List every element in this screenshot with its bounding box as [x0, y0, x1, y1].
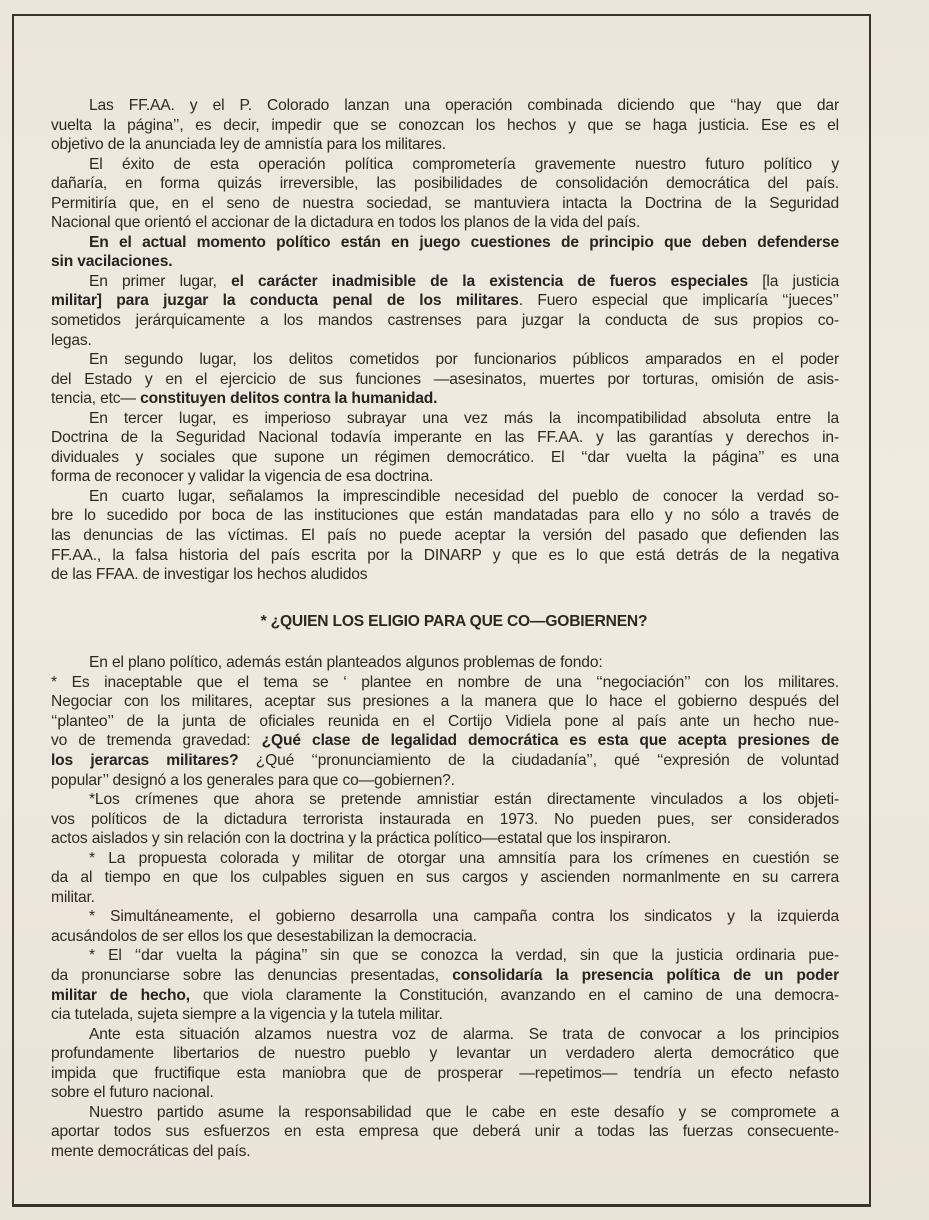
paragraph-second-point: En segundo lugar, los delitos cometidos …	[51, 350, 839, 409]
text-line: objetivo de la anunciada ley de amnistía…	[51, 135, 839, 155]
text-line: En tercer lugar, es imperioso subrayar u…	[51, 409, 839, 429]
text-line: ‘‘planteo’’ de la junta de oficiales reu…	[51, 712, 839, 732]
text-line: * Es inaceptable que el tema se ‘ plante…	[51, 673, 839, 693]
text-line: En el actual momento político están en j…	[51, 233, 839, 253]
paragraph-third-point: En tercer lugar, es imperioso subrayar u…	[51, 409, 839, 487]
text-line: * El ‘‘dar vuelta la página’’ sin que se…	[51, 946, 839, 966]
principle-statement: En el actual momento político están en j…	[51, 233, 839, 272]
text-line: militar.	[51, 888, 839, 908]
text-segment: da pronunciarse sobre las denuncias pres…	[51, 967, 452, 984]
text-line: militar] para juzgar la conducta penal d…	[51, 291, 839, 311]
text-line: En el plano político, además están plant…	[51, 653, 839, 673]
text-line: profundamente libertarios de nuestro pue…	[51, 1044, 839, 1064]
paragraph-closing-2: Nuestro partido asume la responsabilidad…	[51, 1103, 839, 1162]
text-line: cia tutelada, sujeta siempre a la vigenc…	[51, 1005, 839, 1025]
text-line: forma de reconocer y validar la vigencia…	[51, 467, 839, 487]
text-line: *Los crímenes que ahora se pretende amni…	[51, 790, 839, 810]
paragraph-first-point: En primer lugar, el carácter inadmisible…	[51, 272, 839, 350]
text-line: del Estado y en el ejercicio de sus func…	[51, 370, 839, 390]
text-line: vos políticos de la dictadura terrorista…	[51, 810, 839, 830]
bold-text: consolidaría la presencia política de un…	[452, 967, 839, 984]
text-line: los jerarcas militares? ¿Qué ‘‘pronuncia…	[51, 751, 839, 771]
text-segment: . Fuero especial que implicaría ‘‘jueces…	[519, 292, 839, 309]
text-line: legas.	[51, 331, 839, 351]
text-line: Permitiría que, en el seno de nuestra so…	[51, 194, 839, 214]
text-line: las denuncias de las víctimas. El país n…	[51, 526, 839, 546]
paragraph-political-plane: En el plano político, además están plant…	[51, 653, 839, 1024]
text-segment: En primer lugar,	[89, 273, 231, 290]
text-line: mente democráticas del país.	[51, 1142, 839, 1162]
text-line: Ante esta situación alzamos nuestra voz …	[51, 1025, 839, 1045]
text-line: popular’’ designó a los generales para q…	[51, 771, 839, 791]
bold-text: los jerarcas militares?	[51, 752, 238, 769]
bold-text: para juzgar la conducta penal de los mil…	[116, 292, 518, 309]
text-line: Nuestro partido asume la responsabilidad…	[51, 1103, 839, 1123]
text-line: impida que fructifique esta maniobra que…	[51, 1064, 839, 1084]
bold-text: constituyen delitos contra la humanidad.	[140, 390, 437, 407]
bold-text: el carácter inadmisible de la existencia…	[231, 273, 748, 290]
section-heading: * ¿QUIEN LOS ELIGIO PARA QUE CO—GOBIERNE…	[51, 612, 839, 632]
document-body: Las FF.AA. y el P. Colorado lanzan una o…	[51, 96, 839, 1161]
text-line: militar de hecho, que viola claramente l…	[51, 986, 839, 1006]
text-line: de las FFAA. de investigar los hechos al…	[51, 565, 839, 585]
text-line: da pronunciarse sobre las denuncias pres…	[51, 966, 839, 986]
text-line: sometidos jerárquicamente a los mandos c…	[51, 311, 839, 331]
paragraph-fourth-point: En cuarto lugar, señalamos la imprescind…	[51, 487, 839, 585]
bold-text: militar de hecho,	[51, 987, 190, 1004]
text-line: Nacional que orientó el accionar de la d…	[51, 213, 839, 233]
text-line: El éxito de esta operación política comp…	[51, 155, 839, 175]
text-segment: [la justicia	[748, 273, 839, 290]
text-line: dañaría, en forma quizás irreversible, l…	[51, 174, 839, 194]
paragraph-intro-1: Las FF.AA. y el P. Colorado lanzan una o…	[51, 96, 839, 155]
text-line: Negociar con los militares, aceptar sus …	[51, 692, 839, 712]
text-line: En segundo lugar, los delitos cometidos …	[51, 350, 839, 370]
bold-text: sin vacilaciones.	[51, 253, 172, 270]
text-line: vo de tremenda gravedad: ¿Qué clase de l…	[51, 731, 839, 751]
text-segment: vo de tremenda gravedad:	[51, 732, 262, 749]
text-line: sobre el futuro nacional.	[51, 1083, 839, 1103]
text-line: * La propuesta colorada y militar de oto…	[51, 849, 839, 869]
bold-text: militar]	[51, 292, 116, 309]
text-line: da al tiempo en que los culpables siguen…	[51, 868, 839, 888]
text-line: * Simultáneamente, el gobierno desarroll…	[51, 907, 839, 927]
text-line: sin vacilaciones.	[51, 252, 839, 272]
text-line: aportar todos sus esfuerzos en esta empr…	[51, 1122, 839, 1142]
text-line: actos aislados y sin relación con la doc…	[51, 829, 839, 849]
text-line: bre lo sucedido por boca de las instituc…	[51, 506, 839, 526]
text-segment: tencia, etc—	[51, 390, 140, 407]
text-segment: que viola claramente la Constitución, av…	[190, 987, 839, 1004]
bold-text: En el actual momento político están en j…	[89, 234, 839, 251]
text-line: vuelta la página’’, es decir, impedir qu…	[51, 116, 839, 136]
text-line: Doctrina de la Seguridad Nacional todaví…	[51, 428, 839, 448]
text-line: En primer lugar, el carácter inadmisible…	[51, 272, 839, 292]
text-line: tencia, etc— constituyen delitos contra …	[51, 389, 839, 409]
text-line: Las FF.AA. y el P. Colorado lanzan una o…	[51, 96, 839, 116]
text-segment: ¿Qué ‘‘pronunciamiento de la ciudadanía’…	[238, 752, 839, 769]
text-line: FF.AA., la falsa historia del país escri…	[51, 546, 839, 566]
bold-text: ¿Qué clase de legalidad democrática es e…	[262, 732, 839, 749]
paragraph-closing-1: Ante esta situación alzamos nuestra voz …	[51, 1025, 839, 1103]
text-line: dividuales y sociales que supone un régi…	[51, 448, 839, 468]
paragraph-intro-2: El éxito de esta operación política comp…	[51, 155, 839, 233]
text-line: acusándolos de ser ellos los que desesta…	[51, 927, 839, 947]
text-line: En cuarto lugar, señalamos la imprescind…	[51, 487, 839, 507]
